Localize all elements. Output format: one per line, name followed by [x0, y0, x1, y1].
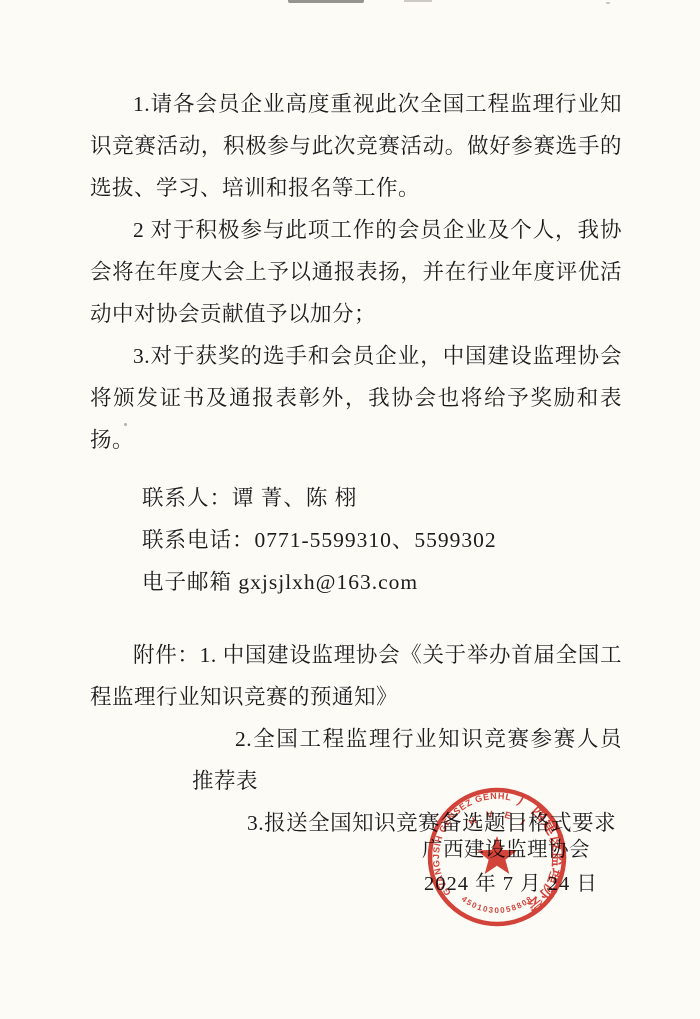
paragraph-2: 2 对于积极参与此项工作的会员企业及个人，我协会将在年度大会上予以通报表扬，并在…	[90, 209, 622, 335]
paragraph-3: 3.对于获奖的选手和会员企业，中国建设监理协会将颁发证书及通报表彰外，我协会也将…	[90, 335, 622, 461]
contact-block: 联系人：谭 菁、陈 栩 联系电话：0771-5599310、5599302 电子…	[90, 477, 622, 603]
official-seal-graphic: GVANGJSIH GENSEZ GENHLIJ H V E I J 广西建设监…	[397, 757, 597, 957]
document-body: 1.请各会员企业高度重视此次全国工程监理行业知识竞赛活动，积极参与此次竞赛活动。…	[90, 83, 622, 844]
contact-email: 电子邮箱 gxjsjlxh@163.com	[142, 561, 622, 603]
paragraph-1: 1.请各会员企业高度重视此次全国工程监理行业知识竞赛活动，积极参与此次竞赛活动。…	[90, 83, 622, 209]
contact-phone: 联系电话：0771-5599310、5599302	[142, 519, 622, 561]
scan-artifact	[404, 0, 432, 2]
seal-serial-number: 4501030058808	[460, 894, 535, 915]
scan-artifact	[288, 0, 364, 3]
star-icon	[477, 836, 517, 874]
attachment-item-1: 附件：1. 中国建设监理协会《关于举办首届全国工程监理行业知识竞赛的预通知》	[90, 634, 622, 718]
official-seal: GVANGJSIH GENSEZ GENHLIJ H V E I J 广西建设监…	[397, 757, 597, 957]
scan-artifact	[606, 2, 610, 4]
contact-person: 联系人：谭 菁、陈 栩	[142, 477, 622, 519]
document-page: 1.请各会员企业高度重视此次全国工程监理行业知识竞赛活动，积极参与此次竞赛活动。…	[0, 0, 700, 1019]
seal-chinese-arc-text: 广西建设监理协会	[514, 791, 568, 918]
seal-latin-outer-text: GVANGJSIH GENSEZ GENHLIJ	[397, 757, 513, 897]
